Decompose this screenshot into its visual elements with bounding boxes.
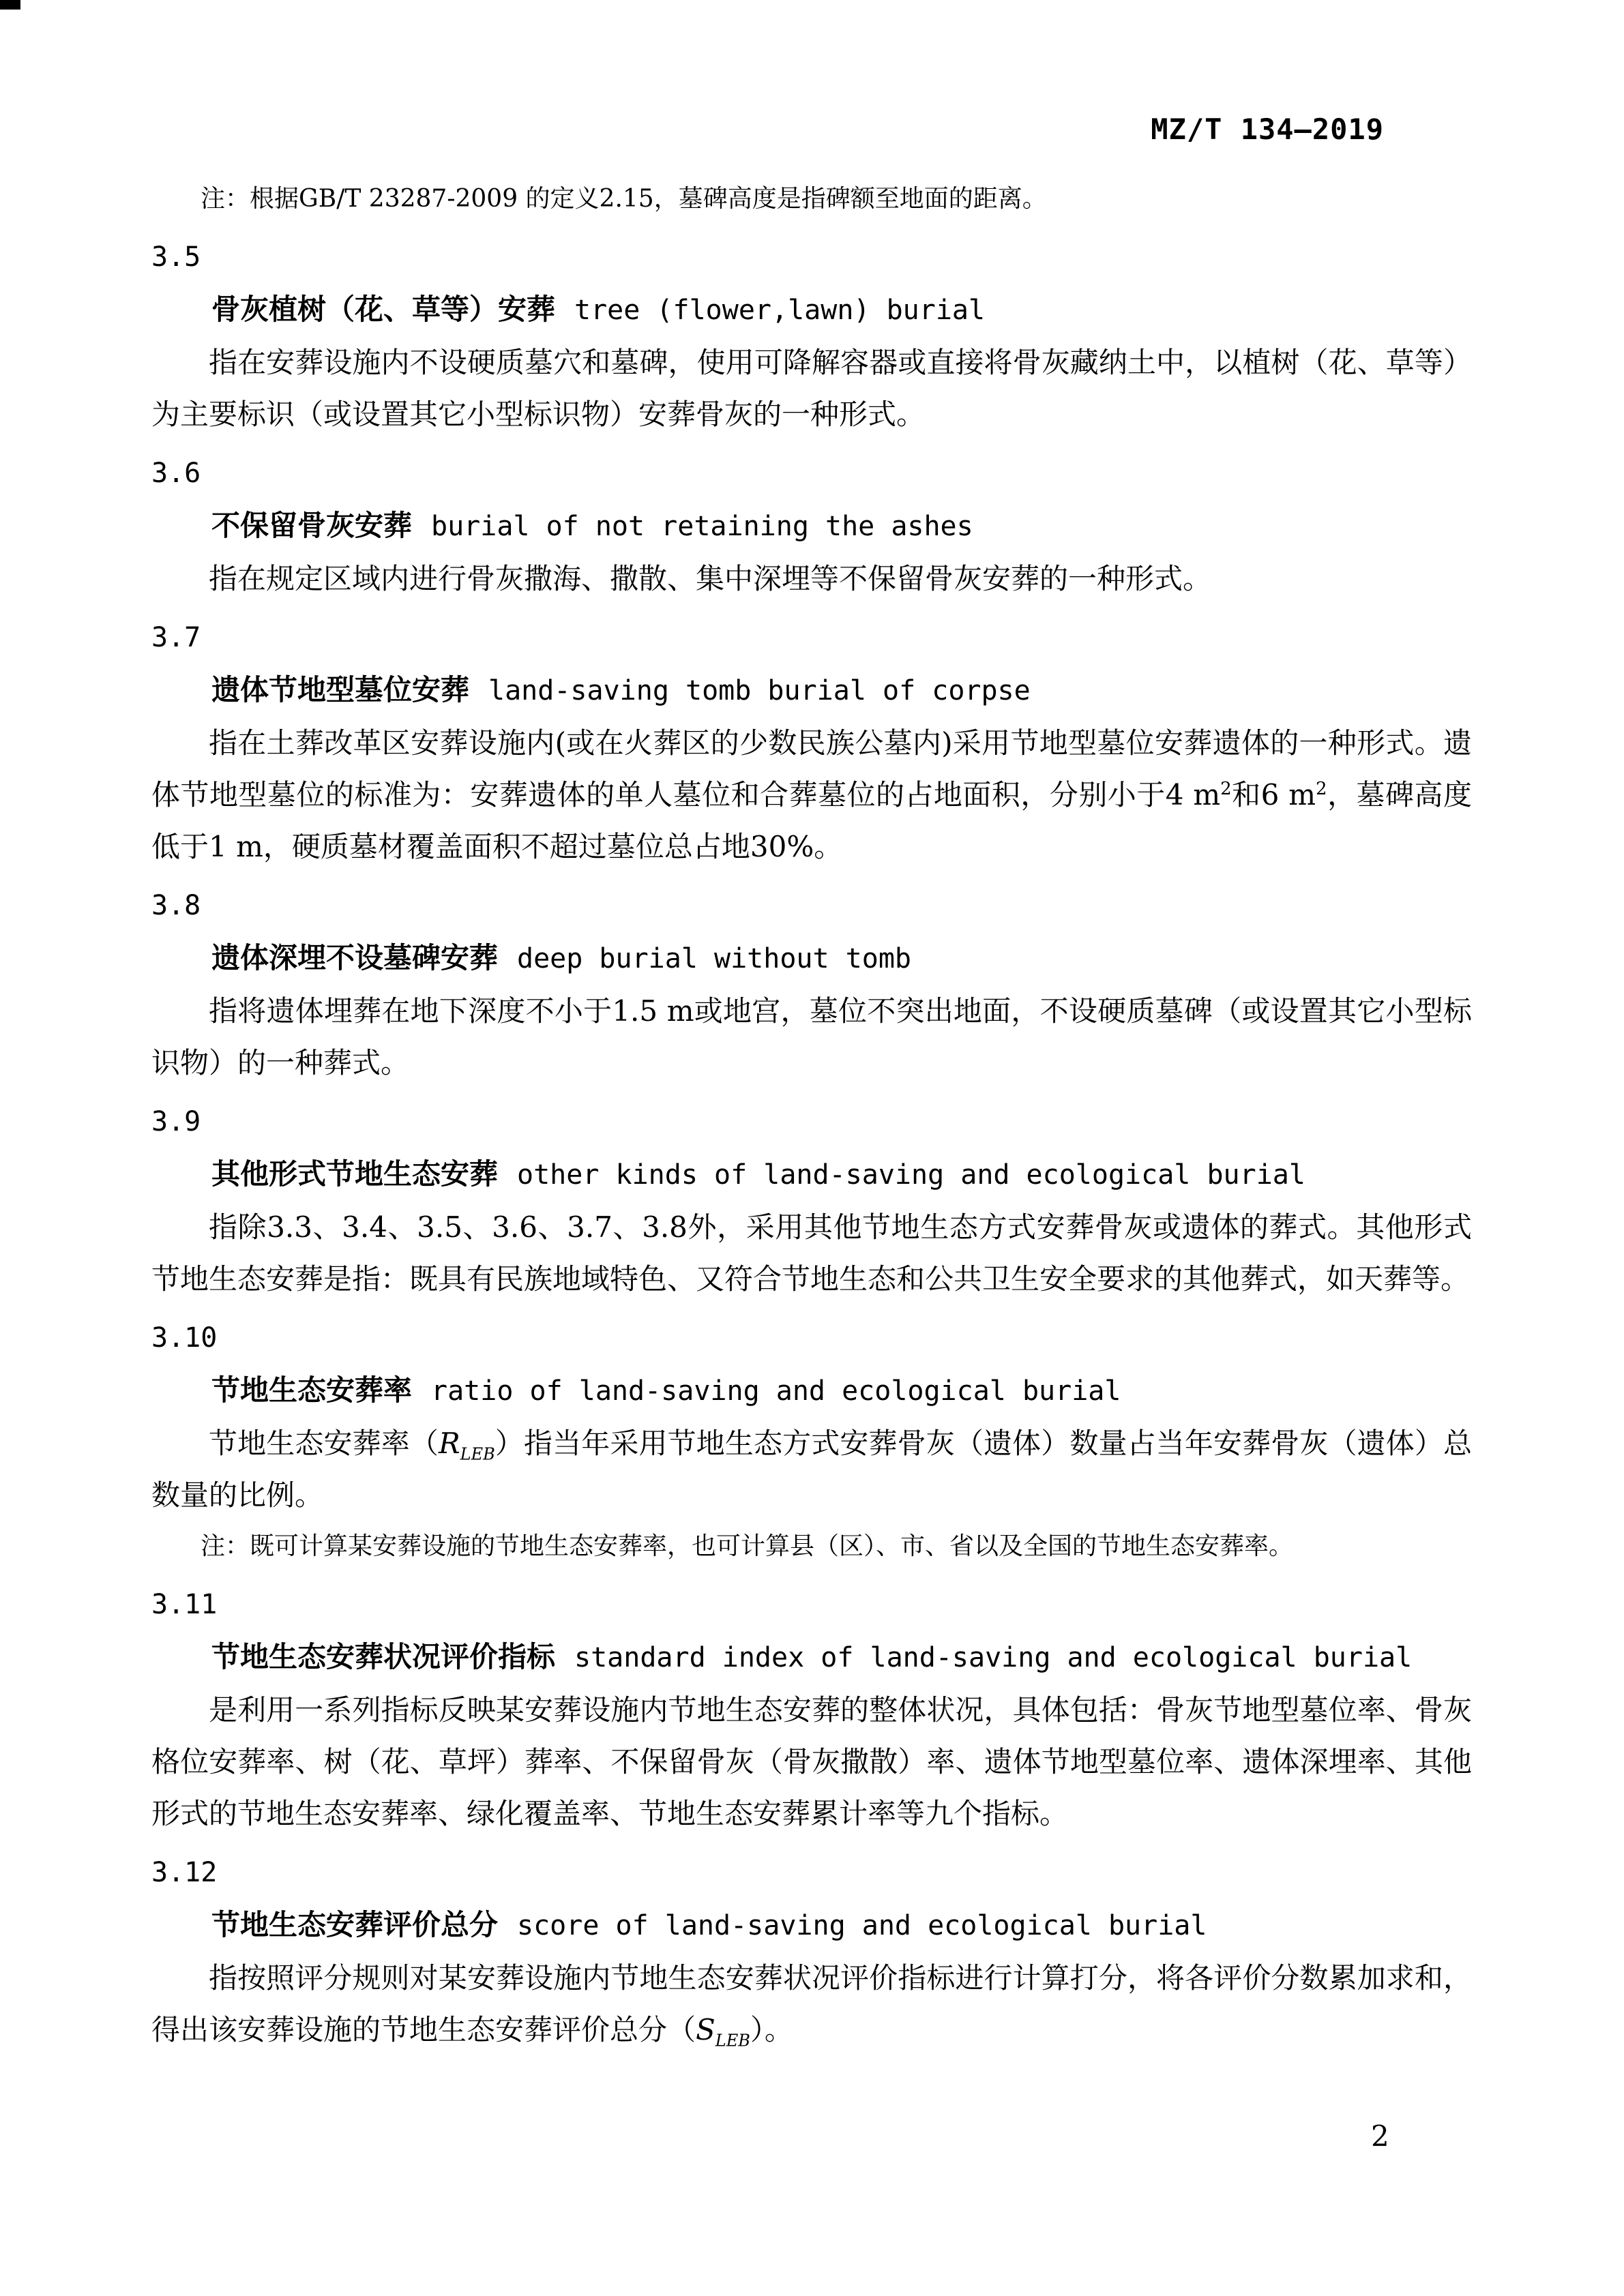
term-heading: 骨灰植树（花、草等）安葬tree (flower,lawn) burial — [151, 283, 1472, 337]
clause-3-5: 3.5骨灰植树（花、草等）安葬tree (flower,lawn) burial… — [151, 231, 1472, 441]
term-english: ratio of land-saving and ecological buri… — [431, 1375, 1121, 1407]
scan-artifact — [0, 0, 20, 10]
clause-3-12: 3.12节地生态安葬评价总分score of land-saving and e… — [151, 1847, 1472, 2056]
term-english: score of land-saving and ecological buri… — [517, 1910, 1207, 1941]
term-english: standard index of land-saving and ecolog… — [574, 1642, 1412, 1673]
clause-paragraph: 指除3.3、3.4、3.5、3.6、3.7、3.8外，采用其他节地生态方式安葬骨… — [151, 1202, 1472, 1305]
clause-3-9: 3.9其他形式节地生态安葬other kinds of land-saving … — [151, 1096, 1472, 1305]
term-chinese: 其他形式节地生态安葬 — [211, 1157, 498, 1191]
clause-paragraph: 是利用一系列指标反映某安葬设施内节地生态安葬的整体状况，具体包括：骨灰节地型墓位… — [151, 1684, 1472, 1840]
clause-paragraph: 指将遗体埋葬在地下深度不小于1.5 m或地宫，墓位不突出地面，不设硬质墓碑（或设… — [151, 985, 1472, 1089]
clause-3-7: 3.7遗体节地型墓位安葬land-saving tomb burial of c… — [151, 612, 1472, 873]
clause-3-6: 3.6不保留骨灰安葬burial of not retaining the as… — [151, 447, 1472, 605]
clause-number: 3.11 — [151, 1579, 1472, 1630]
page-footer: 2 — [1371, 2119, 1389, 2153]
term-chinese: 骨灰植树（花、草等）安葬 — [211, 293, 555, 326]
clause-number: 3.8 — [151, 880, 1472, 931]
term-chinese: 遗体深埋不设墓碑安葬 — [211, 941, 498, 974]
clause-3-11: 3.11节地生态安葬状况评价指标standard index of land-s… — [151, 1579, 1472, 1840]
clause-paragraph: 指在安葬设施内不设硬质墓穴和墓碑，使用可降解容器或直接将骨灰藏纳土中，以植树（花… — [151, 337, 1472, 441]
term-heading: 遗体节地型墓位安葬land-saving tomb burial of corp… — [151, 664, 1472, 717]
term-heading: 遗体深埋不设墓碑安葬deep burial without tomb — [151, 931, 1472, 985]
term-heading: 节地生态安葬状况评价指标standard index of land-savin… — [151, 1630, 1472, 1684]
clause-number: 3.12 — [151, 1847, 1472, 1898]
term-english: burial of not retaining the ashes — [431, 511, 973, 542]
variable-symbol: R — [439, 1427, 460, 1460]
term-english: other kinds of land-saving and ecologica… — [517, 1159, 1305, 1191]
clause-paragraph: 指在土葬改革区安葬设施内(或在火葬区的少数民族公墓内)采用节地型墓位安葬遗体的一… — [151, 717, 1472, 873]
clause-paragraph: 节地生态安葬率（RLEB）指当年采用节地生态方式安葬骨灰（遗体）数量占当年安葬骨… — [151, 1418, 1472, 1521]
clause-number: 3.10 — [151, 1312, 1472, 1364]
term-chinese: 节地生态安葬状况评价指标 — [211, 1640, 555, 1673]
note-definition-source: 注：根据GB/T 23287-2009 的定义2.15，墓碑高度是指碑额至地面的… — [151, 174, 1472, 224]
clause-note: 注：既可计算某安葬设施的节地生态安葬率，也可计算县（区）、市、省以及全国的节地生… — [151, 1521, 1472, 1572]
superscript: 2 — [1316, 779, 1327, 799]
standard-number: MZ/T 134—2019 — [1151, 113, 1384, 146]
term-chinese: 不保留骨灰安葬 — [211, 509, 412, 542]
page-header: MZ/T 134—2019 — [1151, 113, 1384, 146]
term-chinese: 遗体节地型墓位安葬 — [211, 673, 469, 706]
variable-subscript: LEB — [715, 2031, 750, 2050]
terms-section-list: 3.5骨灰植树（花、草等）安葬tree (flower,lawn) burial… — [151, 231, 1472, 2056]
variable-symbol: S — [696, 2013, 715, 2046]
term-heading: 其他形式节地生态安葬other kinds of land-saving and… — [151, 1148, 1472, 1202]
term-heading: 节地生态安葬评价总分score of land-saving and ecolo… — [151, 1898, 1472, 1952]
term-chinese: 节地生态安葬率 — [211, 1373, 412, 1407]
clause-number: 3.7 — [151, 612, 1472, 664]
clause-number: 3.5 — [151, 231, 1472, 283]
document-page: MZ/T 134—2019 注：根据GB/T 23287-2009 的定义2.1… — [0, 0, 1624, 2296]
term-heading: 节地生态安葬率ratio of land-saving and ecologic… — [151, 1364, 1472, 1418]
term-english: land-saving tomb burial of corpse — [488, 675, 1031, 706]
term-english: tree (flower,lawn) burial — [574, 295, 985, 326]
clause-number: 3.9 — [151, 1096, 1472, 1148]
term-heading: 不保留骨灰安葬burial of not retaining the ashes — [151, 499, 1472, 553]
page-content: 注：根据GB/T 23287-2009 的定义2.15，墓碑高度是指碑额至地面的… — [151, 174, 1472, 2056]
clause-paragraph: 指在规定区域内进行骨灰撒海、撒散、集中深埋等不保留骨灰安葬的一种形式。 — [151, 553, 1472, 605]
term-chinese: 节地生态安葬评价总分 — [211, 1908, 498, 1941]
term-english: deep burial without tomb — [517, 943, 911, 974]
superscript: 2 — [1220, 779, 1232, 799]
variable-subscript: LEB — [460, 1444, 495, 1463]
clause-paragraph: 指按照评分规则对某安葬设施内节地生态安葬状况评价指标进行计算打分，将各评价分数累… — [151, 1952, 1472, 2056]
page-number: 2 — [1371, 2119, 1389, 2153]
clause-number: 3.6 — [151, 447, 1472, 499]
clause-3-8: 3.8遗体深埋不设墓碑安葬deep burial without tomb指将遗… — [151, 880, 1472, 1089]
clause-3-10: 3.10节地生态安葬率ratio of land-saving and ecol… — [151, 1312, 1472, 1572]
